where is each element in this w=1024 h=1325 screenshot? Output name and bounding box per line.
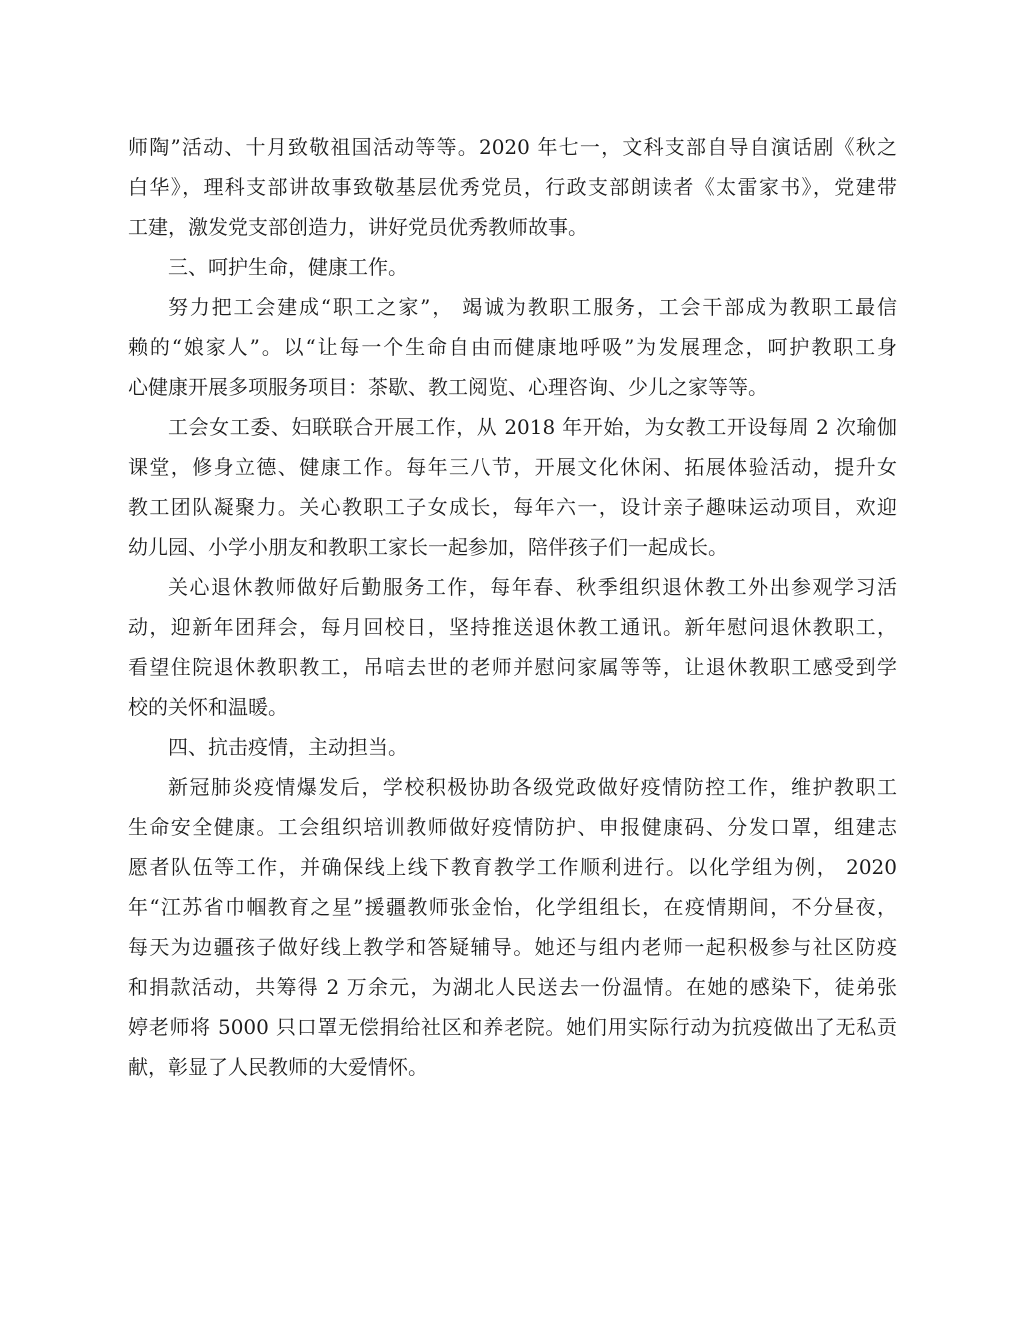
text-line: 新冠肺炎疫情爆发后，学校积极协助各级党政做好疫情防控工作，维护教职工 <box>128 767 897 807</box>
text-line: 看望住院退休教职教工，吊唁去世的老师并慰问家属等等，让退休教职工感受到学 <box>128 647 897 687</box>
text-line: 赖的“娘家人”。以“让每一个生命自由而健康地呼吸”为发展理念，呵护教职工身 <box>128 327 897 367</box>
section-heading: 三、呵护生命，健康工作。 <box>128 247 897 287</box>
text-line: 生命安全健康。工会组织培训教师做好疫情防护、申报健康码、分发口罩，组建志 <box>128 807 897 847</box>
body-paragraph: 努力把工会建成“职工之家”， 竭诚为教职工服务，工会干部成为教职工最信赖的“娘家… <box>128 287 897 407</box>
body-paragraph: 新冠肺炎疫情爆发后，学校积极协助各级党政做好疫情防控工作，维护教职工生命安全健康… <box>128 767 897 1087</box>
text-line: 校的关怀和温暖。 <box>128 687 897 727</box>
text-line: 动，迎新年团拜会，每月回校日，坚持推送退休教工通讯。新年慰问退休教职工， <box>128 607 897 647</box>
body-paragraph: 师陶”活动、十月致敬祖国活动等等。2020 年七一，文科支部自导自演话剧《秋之白… <box>128 127 897 247</box>
text-line: 幼儿园、小学小朋友和教职工家长一起参加，陪伴孩子们一起成长。 <box>128 527 897 567</box>
section-heading: 四、抗击疫情，主动担当。 <box>128 727 897 767</box>
text-line: 心健康开展多项服务项目：茶歇、教工阅览、心理咨询、少儿之家等等。 <box>128 367 897 407</box>
text-line: 教工团队凝聚力。关心教职工子女成长，每年六一，设计亲子趣味运动项目，欢迎 <box>128 487 897 527</box>
text-line: 每天为边疆孩子做好线上教学和答疑辅导。她还与组内老师一起积极参与社区防疫 <box>128 927 897 967</box>
text-line: 三、呵护生命，健康工作。 <box>128 247 897 287</box>
document-page: 师陶”活动、十月致敬祖国活动等等。2020 年七一，文科支部自导自演话剧《秋之白… <box>0 0 1024 1325</box>
text-line: 工建，激发党支部创造力，讲好党员优秀教师故事。 <box>128 207 897 247</box>
text-line: 四、抗击疫情，主动担当。 <box>128 727 897 767</box>
text-line: 师陶”活动、十月致敬祖国活动等等。2020 年七一，文科支部自导自演话剧《秋之 <box>128 127 897 167</box>
body-paragraph: 工会女工委、妇联联合开展工作，从 2018 年开始，为女教工开设每周 2 次瑜伽… <box>128 407 897 567</box>
text-line: 工会女工委、妇联联合开展工作，从 2018 年开始，为女教工开设每周 2 次瑜伽 <box>128 407 897 447</box>
text-line: 和捐款活动，共筹得 2 万余元，为湖北人民送去一份温情。在她的感染下，徒弟张 <box>128 967 897 1007</box>
body-paragraph: 关心退休教师做好后勤服务工作，每年春、秋季组织退休教工外出参观学习活动，迎新年团… <box>128 567 897 727</box>
text-line: 年“江苏省巾帼教育之星”援疆教师张金怡，化学组组长，在疫情期间，不分昼夜， <box>128 887 897 927</box>
text-line: 愿者队伍等工作，并确保线上线下教育教学工作顺利进行。以化学组为例， 2020 <box>128 847 897 887</box>
text-line: 关心退休教师做好后勤服务工作，每年春、秋季组织退休教工外出参观学习活 <box>128 567 897 607</box>
text-line: 课堂，修身立德、健康工作。每年三八节，开展文化休闲、拓展体验活动，提升女 <box>128 447 897 487</box>
text-line: 献，彰显了人民教师的大爱情怀。 <box>128 1047 897 1087</box>
document-body: 师陶”活动、十月致敬祖国活动等等。2020 年七一，文科支部自导自演话剧《秋之白… <box>128 127 897 1087</box>
text-line: 婷老师将 5000 只口罩无偿捐给社区和养老院。她们用实际行动为抗疫做出了无私贡 <box>128 1007 897 1047</box>
text-line: 白华》，理科支部讲故事致敬基层优秀党员，行政支部朗读者《太雷家书》，党建带 <box>128 167 897 207</box>
text-line: 努力把工会建成“职工之家”， 竭诚为教职工服务，工会干部成为教职工最信 <box>128 287 897 327</box>
